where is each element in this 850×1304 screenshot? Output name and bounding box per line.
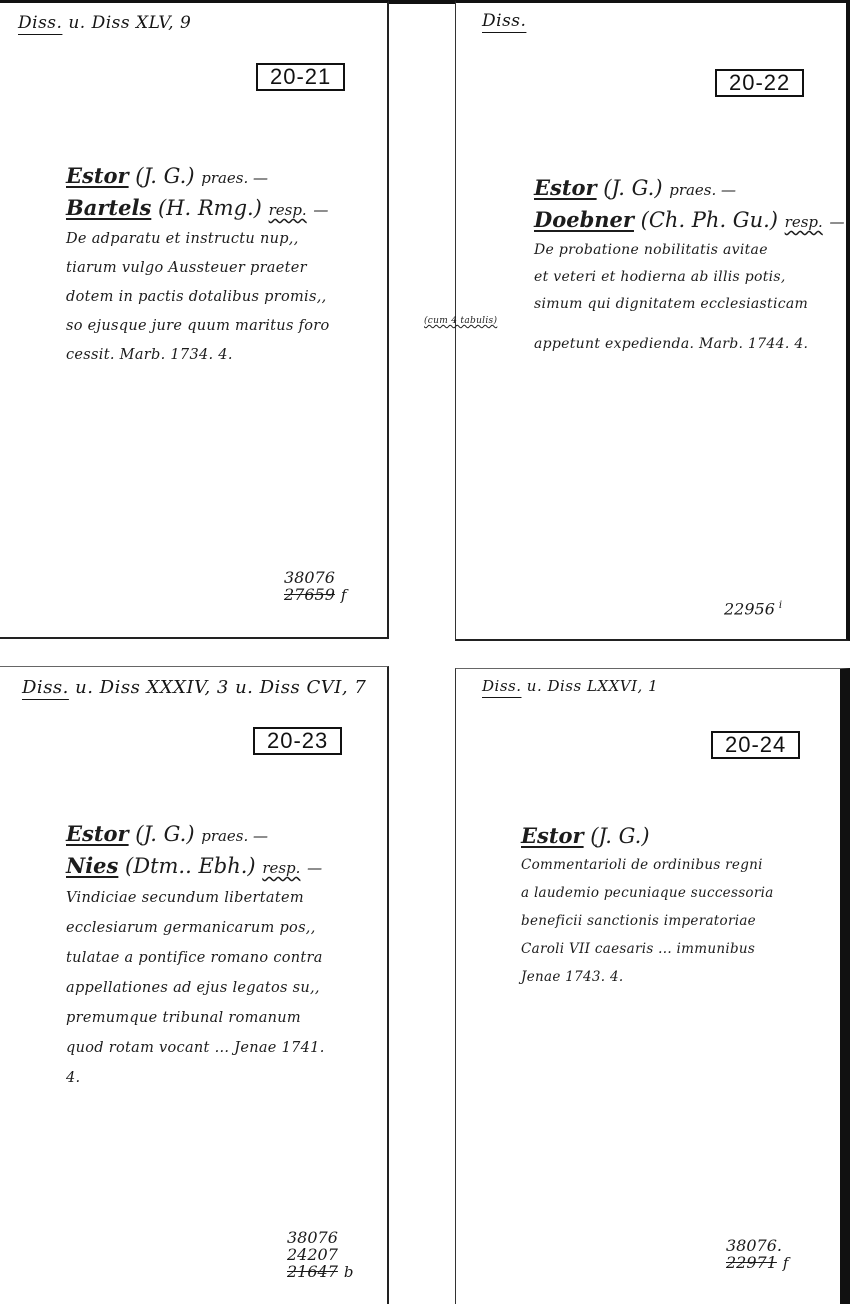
- respondent-line: Bartels (H. Rmg.) resp. —: [66, 193, 386, 225]
- author-initials: (J. G.): [135, 164, 194, 188]
- title-line: premumque tribunal romanum: [66, 1003, 386, 1033]
- catalog-card-20-22: Diss. 20-22 Estor (J. G.) praes. — Doebn…: [455, 0, 850, 641]
- respondent-initials: (Ch. Ph. Gu.): [641, 208, 778, 232]
- accession-numbers: 38076. 22971f: [726, 1237, 788, 1272]
- accession-number: 22956: [724, 599, 775, 618]
- accession-numbers: 22956i: [724, 597, 782, 617]
- title-line: simum qui dignitatem ecclesiasticam: [534, 291, 834, 318]
- author-name: Estor: [521, 823, 584, 848]
- respondent-name: Nies: [66, 853, 118, 878]
- author-line: Estor (J. G.) praes. —: [66, 161, 386, 193]
- author-line: Estor (J. G.): [521, 821, 841, 851]
- insertion-note: (cum 4 tabulis): [424, 316, 497, 326]
- shelfmark: Diss. u. Diss XXXIV, 3 u. Diss CVI, 7: [22, 677, 366, 698]
- author-name: Estor: [66, 821, 129, 846]
- respondent-role: resp.: [262, 859, 300, 877]
- author-line: Estor (J. G.) praes. —: [534, 173, 834, 205]
- catalog-entry: Estor (J. G.) praes. — Nies (Dtm.. Ebh.)…: [66, 819, 386, 1093]
- shelfmark: Diss. u. Diss LXXVI, 1: [482, 677, 658, 695]
- title-line: appetunt expedienda. Marb. 1744. 4.: [534, 331, 834, 358]
- catalog-card-20-24: Diss. u. Diss LXXVI, 1 20-24 Estor (J. G…: [455, 668, 850, 1304]
- accession-number: 38076: [287, 1229, 354, 1246]
- shelfmark: Diss. u. Diss XLV, 9: [18, 13, 191, 33]
- call-number-box: 20-23: [253, 727, 342, 755]
- title-line: quod rotam vocant ... Jenae 1741.: [66, 1033, 386, 1063]
- title-line: Commentarioli de ordinibus regni: [521, 851, 841, 879]
- title-line: a laudemio pecuniaque successoria: [521, 879, 841, 907]
- accession-number: 38076.: [726, 1237, 788, 1254]
- respondent-name: Doebner: [534, 207, 634, 232]
- call-number-box: 20-21: [256, 63, 345, 91]
- title-line: tiarum vulgo Aussteuer praeter: [66, 254, 386, 283]
- respondent-name: Bartels: [66, 195, 151, 220]
- title-line: cessit. Marb. 1734. 4.: [66, 341, 386, 370]
- respondent-initials: (H. Rmg.): [158, 196, 262, 220]
- title-line: so ejusque jure quum maritus foro: [66, 312, 386, 341]
- author-name: Estor: [66, 163, 129, 188]
- accession-numbers: 38076 27659f: [284, 569, 346, 604]
- title-line: 4.: [66, 1063, 386, 1093]
- accession-number-struck: 21647: [287, 1262, 338, 1281]
- call-number-box: 20-22: [715, 69, 804, 97]
- author-role: praes. —: [201, 827, 268, 845]
- author-initials: (J. G.): [603, 176, 662, 200]
- call-number-box: 20-24: [711, 731, 800, 759]
- title-line: et veteri et hodierna ab illis potis,: [534, 264, 834, 291]
- title-line: beneficii sanctionis imperatoriae: [521, 907, 841, 935]
- accession-numbers: 38076 24207 21647b: [287, 1229, 354, 1281]
- accession-number-struck: 22971: [726, 1253, 777, 1272]
- title-line: Vindiciae secundum libertatem: [66, 883, 386, 913]
- title-line: ecclesiarum germanicarum pos,,: [66, 913, 386, 943]
- accession-number: 24207: [287, 1246, 354, 1263]
- author-role: praes. —: [669, 181, 736, 199]
- respondent-role: resp.: [269, 201, 307, 219]
- shelfmark: Diss.: [482, 11, 526, 31]
- title-line: appellationes ad ejus legatos su,,: [66, 973, 386, 1003]
- author-role: praes. —: [201, 169, 268, 187]
- author-initials: (J. G.): [135, 822, 194, 846]
- catalog-card-20-23: Diss. u. Diss XXXIV, 3 u. Diss CVI, 7 20…: [0, 666, 389, 1304]
- catalog-entry: Estor (J. G.) Commentarioli de ordinibus…: [521, 821, 841, 991]
- title-line: Caroli VII caesaris ... immunibus: [521, 935, 841, 963]
- title-line: De probatione nobilitatis avitae: [534, 237, 834, 264]
- catalog-entry: Estor (J. G.) praes. — Bartels (H. Rmg.)…: [66, 161, 386, 370]
- title-line: Jenae 1743. 4.: [521, 963, 841, 991]
- catalog-entry: Estor (J. G.) praes. — Doebner (Ch. Ph. …: [534, 173, 834, 358]
- author-name: Estor: [534, 175, 597, 200]
- title-line: tulatae a pontifice romano contra: [66, 943, 386, 973]
- respondent-role: resp.: [785, 213, 823, 231]
- respondent-initials: (Dtm.. Ebh.): [125, 854, 256, 878]
- accession-number-struck: 27659: [284, 585, 335, 604]
- respondent-line: Doebner (Ch. Ph. Gu.) resp. —: [534, 205, 834, 237]
- author-initials: (J. G.): [590, 824, 649, 848]
- author-line: Estor (J. G.) praes. —: [66, 819, 386, 851]
- catalog-card-20-21: Diss. u. Diss XLV, 9 20-21 Estor (J. G.)…: [0, 0, 389, 639]
- title-line: De adparatu et instructu nup,,: [66, 225, 386, 254]
- respondent-line: Nies (Dtm.. Ebh.) resp. —: [66, 851, 386, 883]
- title-line: dotem in pactis dotalibus promis,,: [66, 283, 386, 312]
- accession-number: 38076: [284, 569, 346, 586]
